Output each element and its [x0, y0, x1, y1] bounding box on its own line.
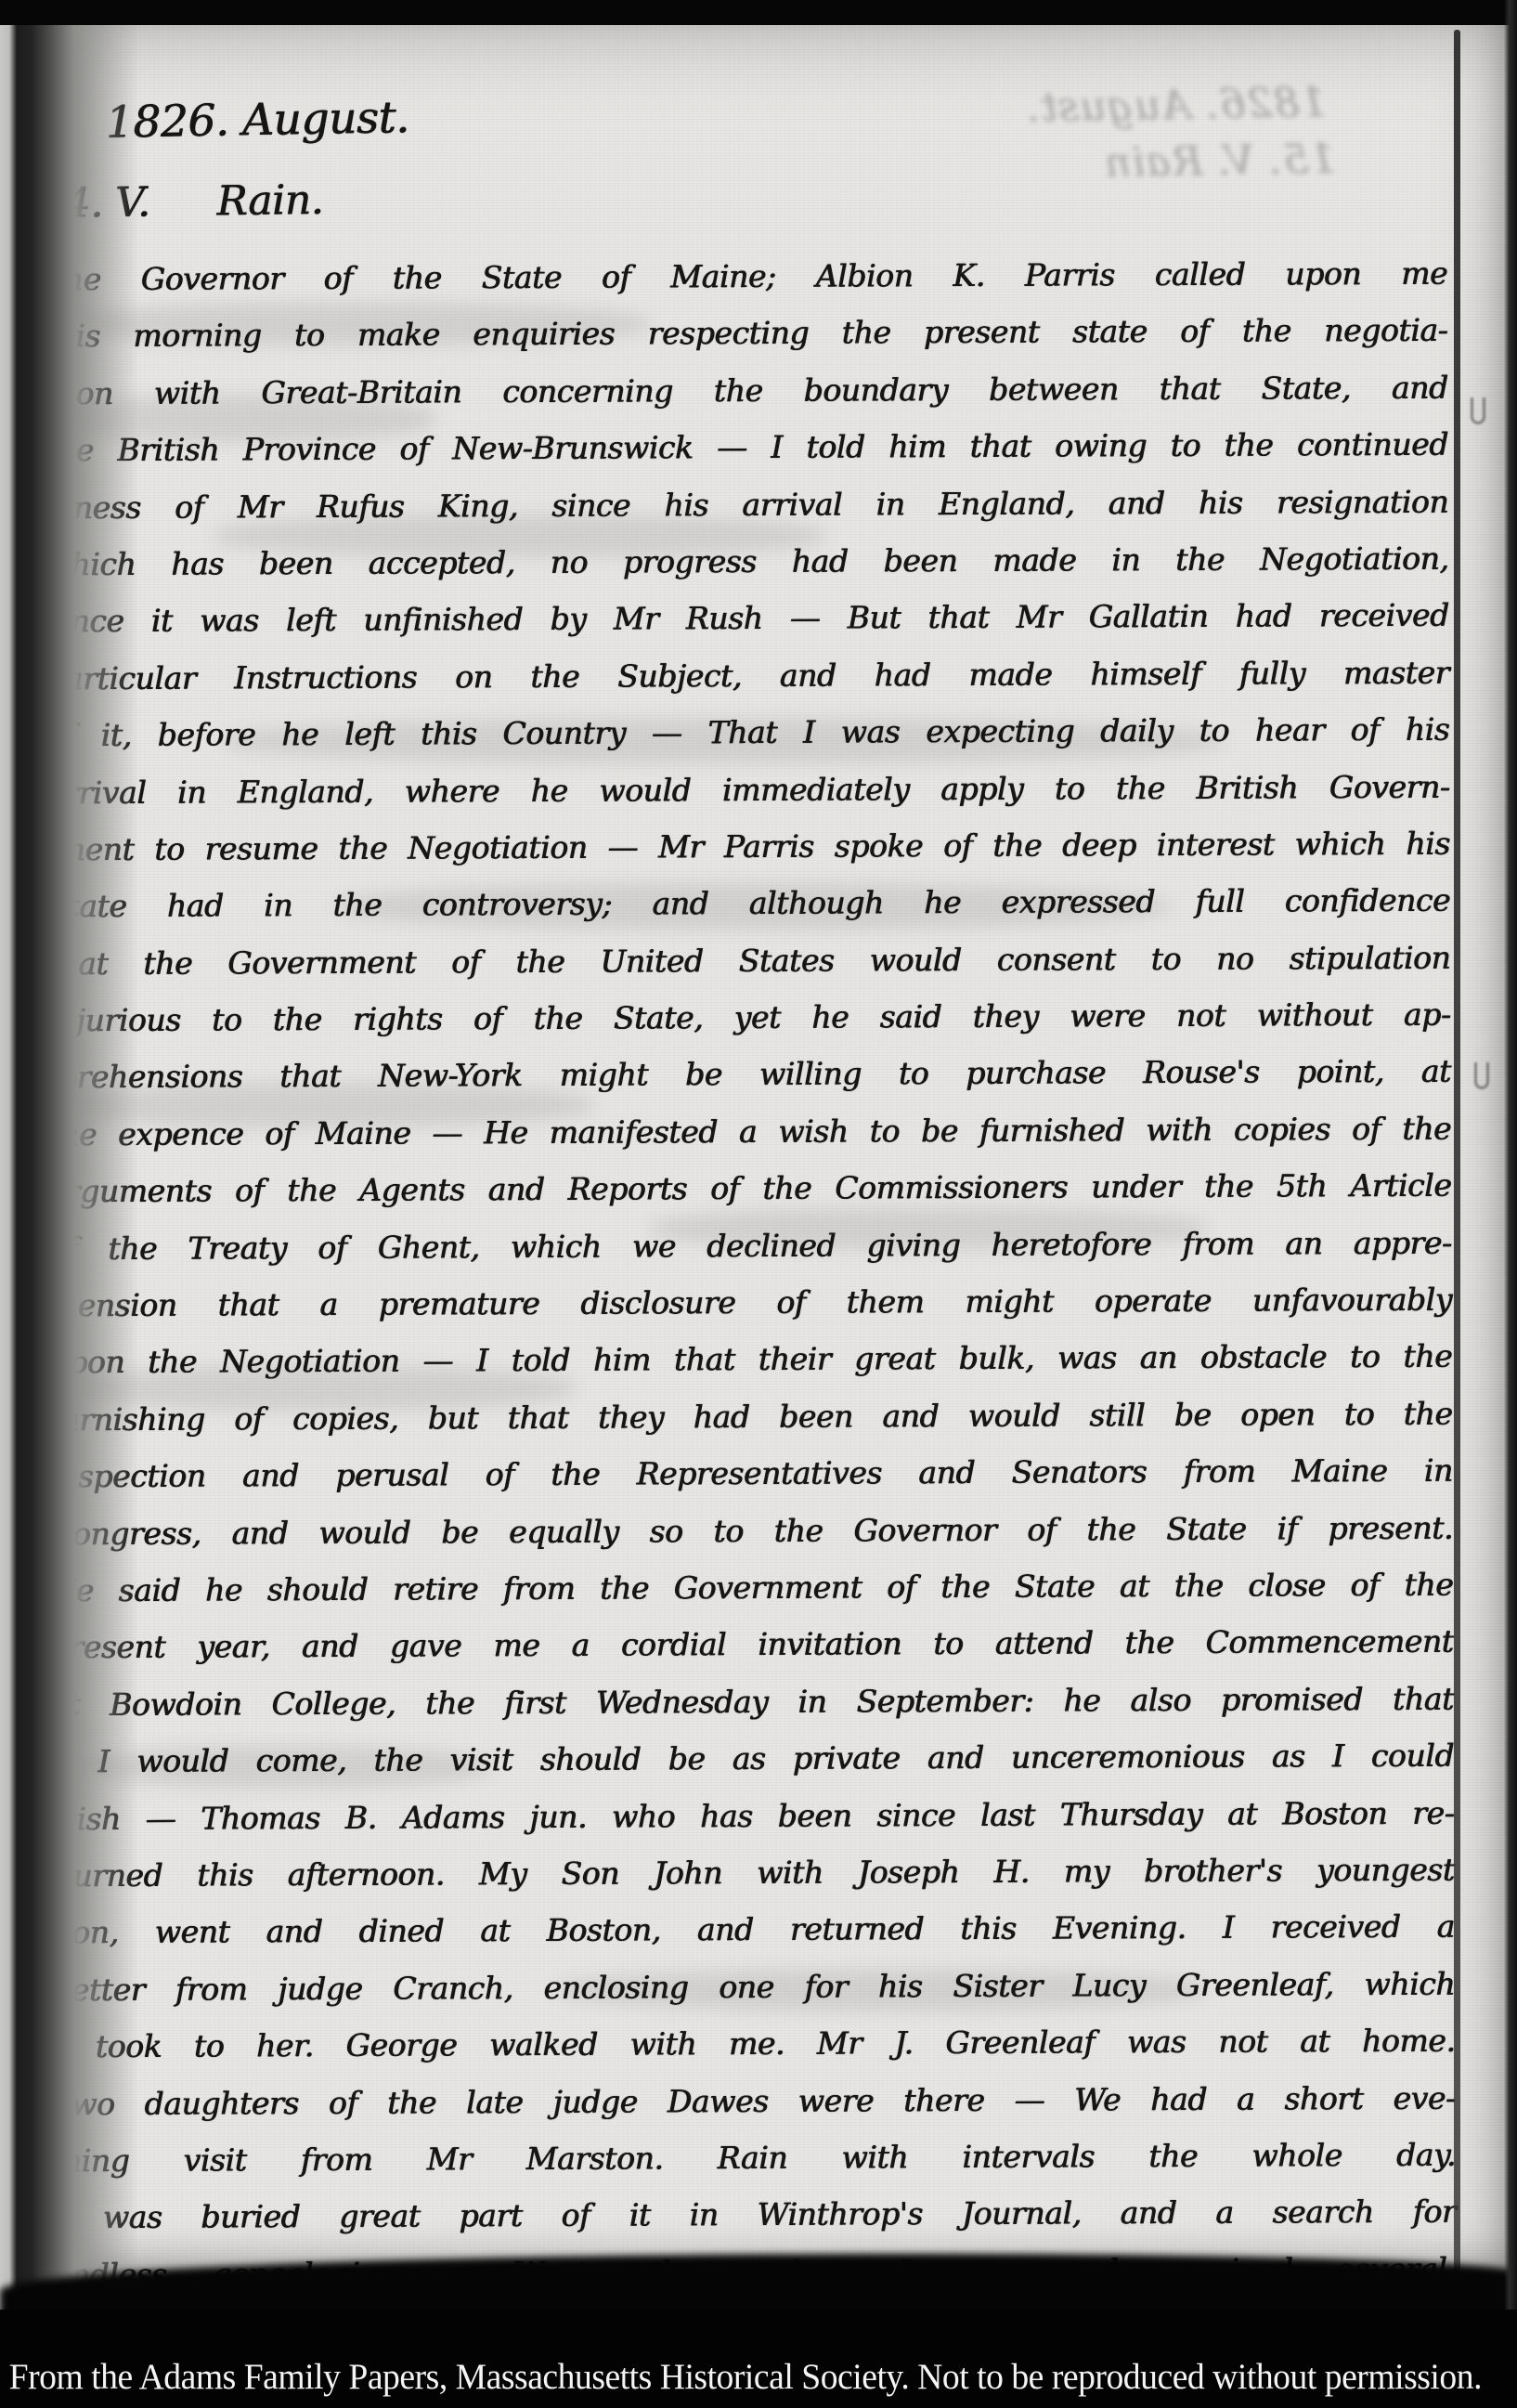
manuscript-line: present year, and gave me a cordial invi…: [50, 1613, 1454, 1676]
scan-right-border: [1504, 0, 1517, 2408]
manuscript-line: Son, went and dined at Boston, and retur…: [51, 1898, 1455, 1961]
entry-weather: Rain.: [216, 176, 323, 226]
book-gutter-shadow: [0, 24, 139, 2310]
manuscript-line: -tion with Great-Britain concerning the …: [45, 358, 1448, 422]
page-edge-crease: [1454, 30, 1460, 2310]
caption-band: From the Adams Family Papers, Massachuse…: [0, 2310, 1517, 2408]
manuscript-line: since it was left unfinished by Mr Rush …: [45, 587, 1449, 650]
bleedthrough-text-entry: 15. V. Rain: [1104, 136, 1337, 187]
manuscript-line: Letter from judge Cranch, enclosing one …: [51, 1955, 1455, 2018]
manuscript-line: upon the Negotiation — I told him that t…: [48, 1328, 1452, 1391]
manuscript-line: The Governor of the State of Maine; Albi…: [44, 245, 1447, 308]
manuscript-line: at Bowdoin College, the first Wednesday …: [50, 1670, 1454, 1733]
manuscript-line: the expence of Maine — He manifested a w…: [47, 1100, 1451, 1164]
diary-page: 1826. August. 15. V. Rain 1826. August. …: [0, 24, 1517, 2310]
manuscript-line: -ning visit from Mr Marston. Rain with i…: [52, 2127, 1456, 2190]
manuscript-line: which has been accepted, no progress had…: [45, 530, 1449, 593]
scan-top-border: [0, 0, 1517, 25]
manuscript-line: -hension that a premature disclosure of …: [48, 1271, 1452, 1334]
manuscript-line: -turned this afternoon. My Son John with…: [51, 1842, 1455, 1905]
manuscript-line: illness of Mr Rufus King, since his arri…: [45, 473, 1448, 536]
manuscript-line: He said he should retire from the Govern…: [49, 1556, 1453, 1620]
manuscript-line: I was buried great part of it in Winthro…: [52, 2183, 1456, 2246]
manuscript-line: State had in the controversy; and althou…: [46, 872, 1450, 935]
manuscript-line: arguments of the Agents and Reports of t…: [47, 1157, 1451, 1220]
manuscript-line: of the Treaty of Ghent, which we decline…: [48, 1214, 1452, 1277]
manuscript-line: arrival in England, where he would immed…: [46, 758, 1450, 821]
manuscript-line: Congress, and would be equally so to the…: [49, 1499, 1453, 1562]
manuscript-line: -ment to resume the Negotiation — Mr Par…: [46, 815, 1450, 879]
manuscript-line: inspection and perusal of the Representa…: [49, 1442, 1453, 1505]
manuscript-line: -prehensions that New-York might be will…: [47, 1043, 1451, 1106]
manuscript-line: this morning to make enquiries respectin…: [44, 302, 1447, 365]
manuscript-line: if I would come, the visit should be as …: [50, 1727, 1454, 1790]
manuscript-line: Two daughters of the late judge Dawes we…: [52, 2069, 1456, 2132]
manuscript-line: the British Province of New-Brunswick — …: [45, 416, 1448, 479]
manuscript-scan: 1826. August. 15. V. Rain 1826. August. …: [0, 0, 1517, 2408]
manuscript-line: that the Government of the United States…: [46, 929, 1450, 992]
margin-ink-mark: [1471, 397, 1485, 424]
bleedthrough-text-date: 1826. August.: [1026, 79, 1328, 132]
manuscript-line: of it, before he left this Country — Tha…: [45, 701, 1449, 764]
manuscript-line: I took to her. George walked with me. Mr…: [51, 2012, 1455, 2076]
manuscript-line: particular Instructions on the Subject, …: [45, 644, 1449, 707]
manuscript-line: injurious to the rights of the State, ye…: [47, 986, 1451, 1049]
credit-caption: From the Adams Family Papers, Massachuse…: [0, 2359, 1482, 2408]
manuscript-line: wish — Thomas B. Adams jun. who has been…: [50, 1784, 1454, 1847]
margin-ink-mark: [1474, 1062, 1489, 1089]
entry-body: The Governor of the State of Maine; Albi…: [44, 245, 1457, 2304]
manuscript-line: furnishing of copies, but that they had …: [49, 1386, 1453, 1449]
date-heading: 1826. August.: [106, 92, 410, 149]
